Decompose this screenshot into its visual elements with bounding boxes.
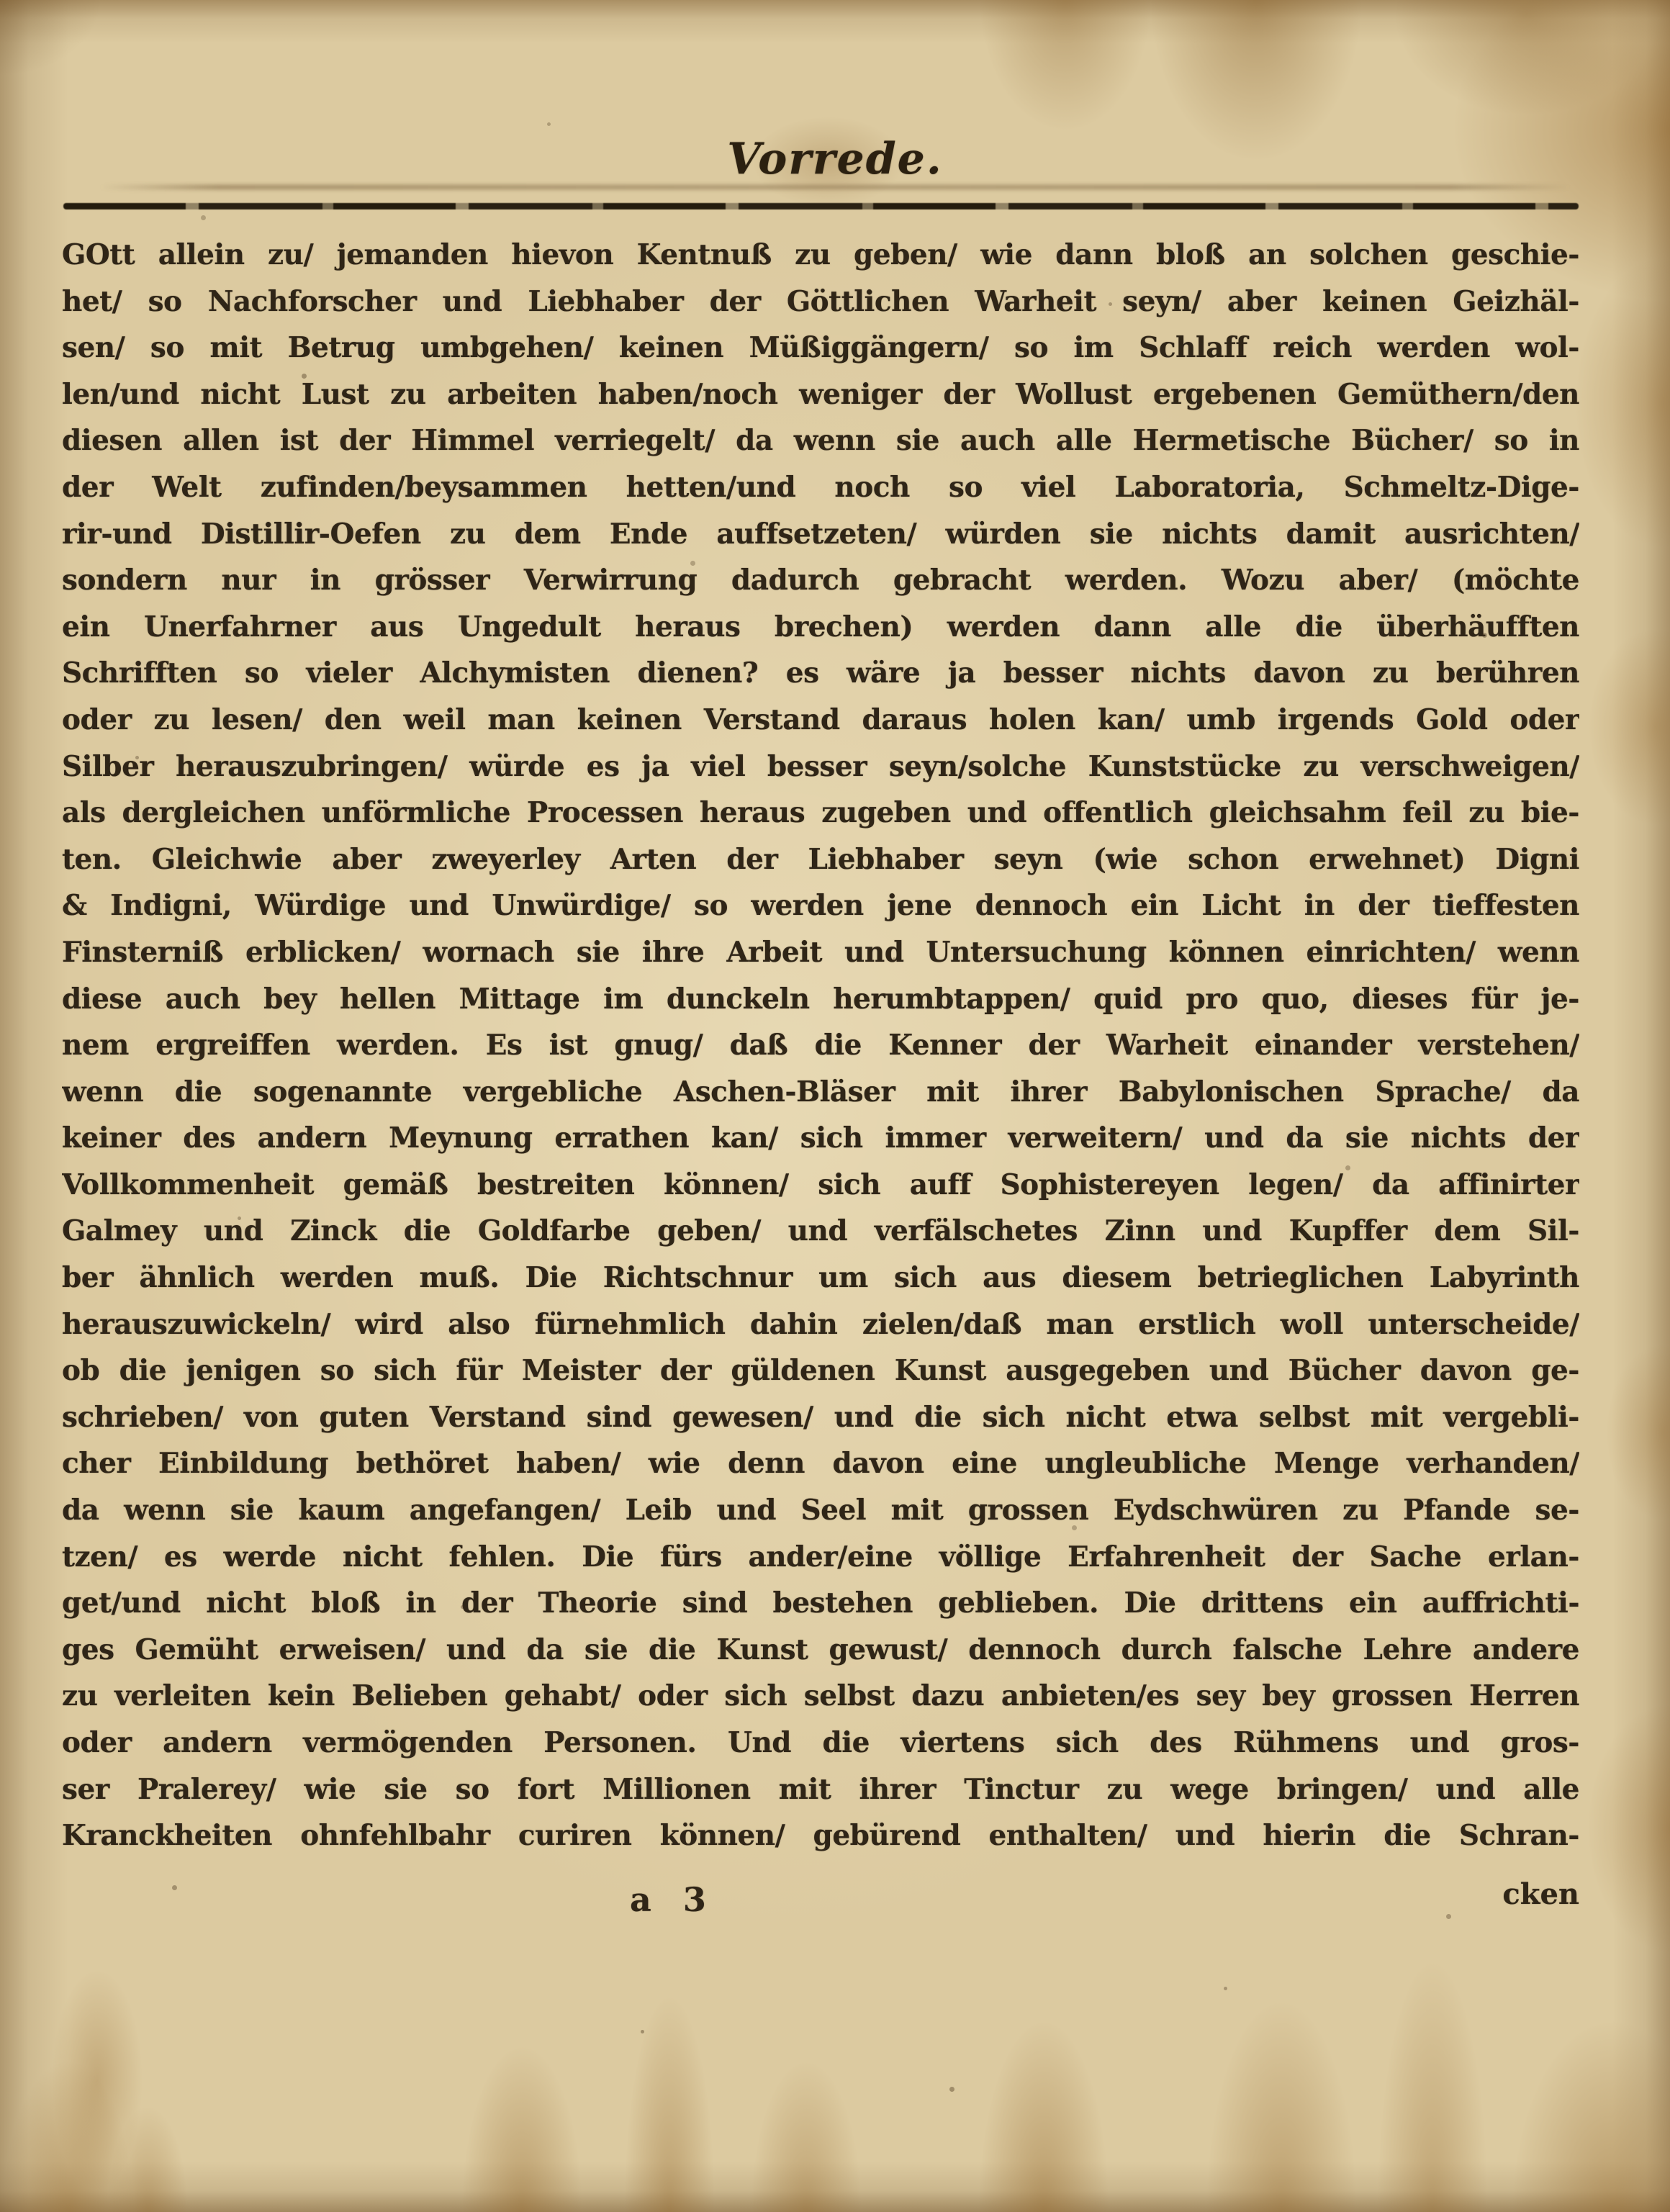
text-line: Galmey und Zinck die Goldfarbe geben/ un… (62, 1208, 1579, 1255)
text-line: Vollkommenheit gemäß bestreiten können/ … (62, 1162, 1579, 1209)
text-line: Schrifften so vieler Alchymisten dienen?… (62, 650, 1579, 697)
text-line: get/und nicht bloß in der Theorie sind b… (62, 1580, 1579, 1627)
body-text: GOtt allein zu/ jemanden hievon Kentnuß … (62, 232, 1579, 1859)
text-line: cher Einbildung bethöret haben/ wie denn… (62, 1440, 1579, 1487)
text-line: ser Pralerey/ wie sie so fort Millionen … (62, 1766, 1579, 1813)
text-line: als dergleichen unförmliche Processen he… (62, 790, 1579, 836)
text-line: diese auch bey hellen Mittage im dunckel… (62, 976, 1579, 1023)
text-line: keiner des andern Meynung errathen kan/ … (62, 1115, 1579, 1162)
text-line: da wenn sie kaum angefangen/ Leib und Se… (62, 1487, 1579, 1534)
text-line: oder zu lesen/ den weil man keinen Verst… (62, 697, 1579, 744)
text-line: der Welt zufinden/beysammen hetten/und n… (62, 464, 1579, 511)
text-line: ber ähnlich werden muß. Die Richtschnur … (62, 1255, 1579, 1301)
text-line: zu verleiten kein Belieben gehabt/ oder … (62, 1673, 1579, 1720)
text-line: sondern nur in grösser Verwirrung dadurc… (62, 557, 1579, 604)
text-line: len/und nicht Lust zu arbeiten haben/noc… (62, 371, 1579, 418)
text-line: tzen/ es werde nicht fehlen. Die fürs an… (62, 1534, 1579, 1581)
text-line: Silber herauszubringen/ würde es ja viel… (62, 744, 1579, 790)
text-line: sen/ so mit Betrug umbgehen/ keinen Müßi… (62, 325, 1579, 371)
text-line: ob die jenigen so sich für Meister der g… (62, 1347, 1579, 1394)
text-line: diesen allen ist der Himmel verriegelt/ … (62, 417, 1579, 464)
divider-rule (63, 203, 1579, 209)
text-line: Kranckheiten ohnfehlbahr curiren können/… (62, 1813, 1579, 1859)
divider-rule-faint (101, 185, 1569, 189)
text-line: ten. Gleichwie aber zweyerley Arten der … (62, 836, 1579, 883)
text-line: het/ so Nachforscher und Liebhaber der G… (62, 279, 1579, 325)
text-line: rir-und Distillir-Oefen zu dem Ende auff… (62, 511, 1579, 558)
text-line: nem ergreiffen werden. Es ist gnug/ daß … (62, 1022, 1579, 1069)
text-line: ges Gemüht erweisen/ und da sie die Kuns… (62, 1627, 1579, 1674)
text-line: herauszuwickeln/ wird also fürnehmlich d… (62, 1301, 1579, 1348)
page-title: Vorrede. (0, 134, 1670, 184)
text-line: ein Unerfahrner aus Ungedult heraus brec… (62, 604, 1579, 651)
text-line: oder andern vermögenden Personen. Und di… (62, 1720, 1579, 1766)
text-line: schrieben/ von guten Verstand sind gewes… (62, 1394, 1579, 1441)
catchword: cken (1502, 1877, 1579, 1911)
text-line: Finsterniß erblicken/ wornach sie ihre A… (62, 929, 1579, 976)
signature-mark: a 3 (630, 1880, 716, 1919)
text-line: wenn die sogenannte vergebliche Aschen-B… (62, 1069, 1579, 1116)
text-line: GOtt allein zu/ jemanden hievon Kentnuß … (62, 232, 1579, 279)
text-line: & Indigni, Würdige und Unwürdige/ so wer… (62, 882, 1579, 929)
scanned-book-page: Vorrede. GOtt allein zu/ jemanden hievon… (0, 0, 1670, 2212)
